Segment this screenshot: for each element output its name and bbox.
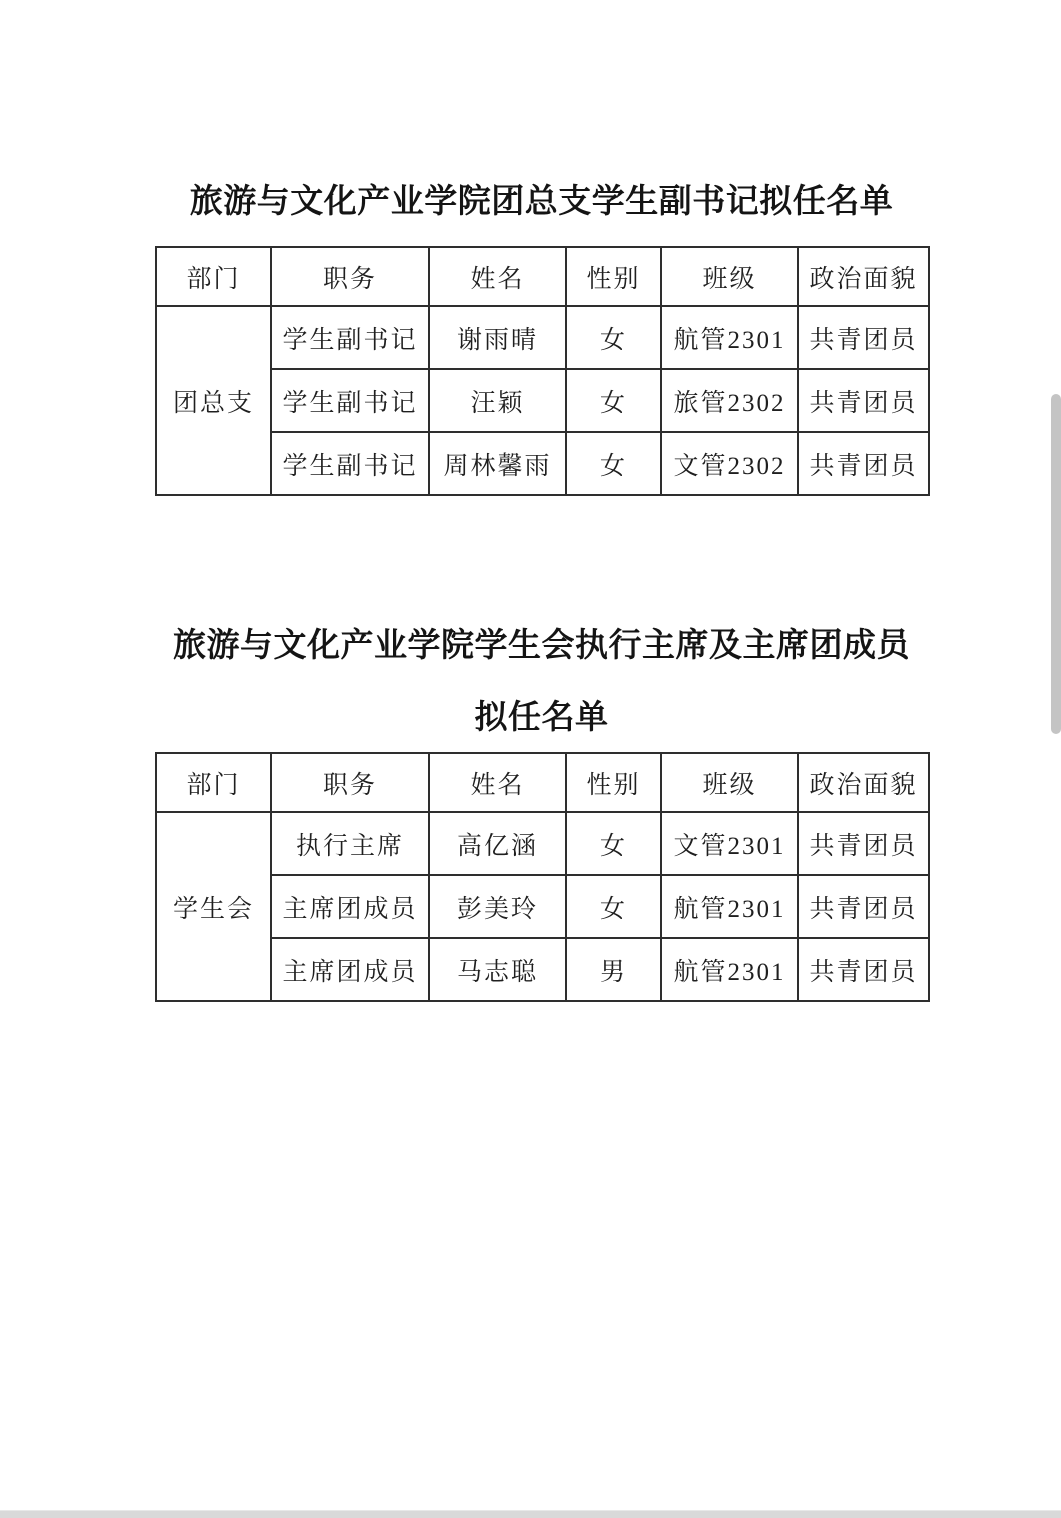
gender-cell: 女 — [566, 306, 661, 369]
gender-cell: 女 — [566, 812, 661, 875]
class-cell: 航管2301 — [661, 875, 798, 938]
political-status-cell: 共青团员 — [798, 369, 929, 432]
position-cell: 主席团成员 — [271, 875, 429, 938]
class-cell: 航管2301 — [661, 306, 798, 369]
table1-title: 旅游与文化产业学院团总支学生副书记拟任名单 — [155, 180, 928, 224]
name-cell: 彭美玲 — [429, 875, 566, 938]
political-status-cell: 共青团员 — [798, 432, 929, 495]
header-gender: 性别 — [566, 753, 661, 812]
political-status-cell: 共青团员 — [798, 875, 929, 938]
table-row: 主席团成员 马志聪 男 航管2301 共青团员 — [156, 938, 929, 1001]
position-cell: 学生副书记 — [271, 432, 429, 495]
vertical-scrollbar-thumb[interactable] — [1051, 394, 1061, 734]
position-cell: 主席团成员 — [271, 938, 429, 1001]
position-cell: 学生副书记 — [271, 306, 429, 369]
class-cell: 旅管2302 — [661, 369, 798, 432]
name-cell: 谢雨晴 — [429, 306, 566, 369]
name-cell: 周林馨雨 — [429, 432, 566, 495]
table2-header-row: 部门 职务 姓名 性别 班级 政治面貌 — [156, 753, 929, 812]
header-position: 职务 — [271, 247, 429, 306]
name-cell: 马志聪 — [429, 938, 566, 1001]
table2-title-line1: 旅游与文化产业学院学生会执行主席及主席团成员 — [155, 610, 928, 682]
table2-title: 旅游与文化产业学院学生会执行主席及主席团成员 拟任名单 — [155, 610, 928, 754]
table2-title-line2: 拟任名单 — [155, 682, 928, 754]
header-class: 班级 — [661, 247, 798, 306]
class-cell: 航管2301 — [661, 938, 798, 1001]
header-department: 部门 — [156, 753, 271, 812]
political-status-cell: 共青团员 — [798, 812, 929, 875]
table-row: 团总支 学生副书记 谢雨晴 女 航管2301 共青团员 — [156, 306, 929, 369]
class-cell: 文管2302 — [661, 432, 798, 495]
table1-header-row: 部门 职务 姓名 性别 班级 政治面貌 — [156, 247, 929, 306]
document-page: 旅游与文化产业学院团总支学生副书记拟任名单 部门 职务 姓名 性别 班级 政治面… — [0, 0, 1061, 1518]
header-position: 职务 — [271, 753, 429, 812]
gender-cell: 女 — [566, 875, 661, 938]
department-cell: 团总支 — [156, 306, 271, 495]
table-row: 学生副书记 汪颖 女 旅管2302 共青团员 — [156, 369, 929, 432]
gender-cell: 女 — [566, 432, 661, 495]
header-name: 姓名 — [429, 247, 566, 306]
department-cell: 学生会 — [156, 812, 271, 1001]
header-political-status: 政治面貌 — [798, 753, 929, 812]
political-status-cell: 共青团员 — [798, 306, 929, 369]
class-cell: 文管2301 — [661, 812, 798, 875]
bottom-edge-bar — [0, 1510, 1061, 1518]
position-cell: 学生副书记 — [271, 369, 429, 432]
student-union-roster-table: 部门 职务 姓名 性别 班级 政治面貌 学生会 执行主席 高亿涵 女 文管230… — [155, 752, 930, 1002]
header-name: 姓名 — [429, 753, 566, 812]
name-cell: 汪颖 — [429, 369, 566, 432]
header-gender: 性别 — [566, 247, 661, 306]
table-row: 学生副书记 周林馨雨 女 文管2302 共青团员 — [156, 432, 929, 495]
gender-cell: 男 — [566, 938, 661, 1001]
deputy-secretary-roster-table: 部门 职务 姓名 性别 班级 政治面貌 团总支 学生副书记 谢雨晴 女 航管23… — [155, 246, 930, 496]
gender-cell: 女 — [566, 369, 661, 432]
table-row: 学生会 执行主席 高亿涵 女 文管2301 共青团员 — [156, 812, 929, 875]
political-status-cell: 共青团员 — [798, 938, 929, 1001]
position-cell: 执行主席 — [271, 812, 429, 875]
header-department: 部门 — [156, 247, 271, 306]
table-row: 主席团成员 彭美玲 女 航管2301 共青团员 — [156, 875, 929, 938]
header-political-status: 政治面貌 — [798, 247, 929, 306]
header-class: 班级 — [661, 753, 798, 812]
name-cell: 高亿涵 — [429, 812, 566, 875]
